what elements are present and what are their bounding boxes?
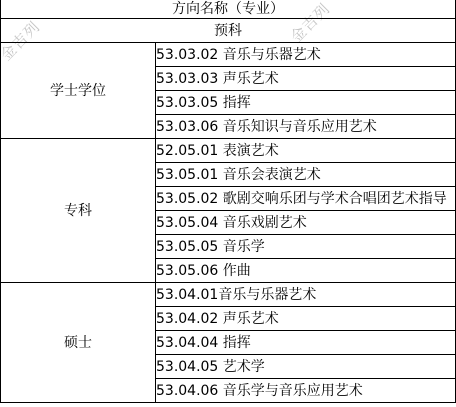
program-cell: 53.03.03 声乐艺术 <box>156 67 456 91</box>
table-header: 方向名称（专业） <box>1 0 456 19</box>
programs-table: 方向名称（专业） 预科 学士学位 53.03.02 音乐与乐器艺术 53.03.… <box>0 0 456 403</box>
table-row: 学士学位 53.03.02 音乐与乐器艺术 <box>1 43 456 67</box>
program-cell: 53.05.05 音乐学 <box>156 235 456 259</box>
program-cell: 53.03.05 指挥 <box>156 91 456 115</box>
program-cell: 53.04.02 声乐艺术 <box>156 307 456 331</box>
program-cell: 52.05.01 表演艺术 <box>156 139 456 163</box>
program-cell: 53.03.06 音乐知识与音乐应用艺术 <box>156 115 456 139</box>
program-cell: 53.04.04 指挥 <box>156 331 456 355</box>
program-cell: 53.05.01 音乐会表演艺术 <box>156 163 456 187</box>
table-row: 专科 52.05.01 表演艺术 <box>1 139 456 163</box>
program-cell: 53.04.05 艺术学 <box>156 355 456 379</box>
program-cell: 53.04.01音乐与乐器艺术 <box>156 283 456 307</box>
table-row: 硕士 53.04.01音乐与乐器艺术 <box>1 283 456 307</box>
section-label-associate: 专科 <box>1 139 156 283</box>
document-page: 金吉列 金吉列 方向名称（专业） 预科 学士学位 53.03.02 音乐与乐器艺… <box>0 0 456 407</box>
table-header-row: 方向名称（专业） <box>1 0 456 19</box>
program-cell: 53.04.06 音乐学与音乐应用艺术 <box>156 379 456 403</box>
program-cell: 53.05.06 作曲 <box>156 259 456 283</box>
program-cell: 53.05.02 歌剧交响乐团与学术合唱团艺术指导 <box>156 187 456 211</box>
program-cell: 53.03.02 音乐与乐器艺术 <box>156 43 456 67</box>
preparatory-row: 预科 <box>1 19 456 43</box>
preparatory-cell: 预科 <box>1 19 456 43</box>
program-cell: 53.05.04 音乐戏剧艺术 <box>156 211 456 235</box>
section-label-bachelor: 学士学位 <box>1 43 156 139</box>
section-label-master: 硕士 <box>1 283 156 403</box>
